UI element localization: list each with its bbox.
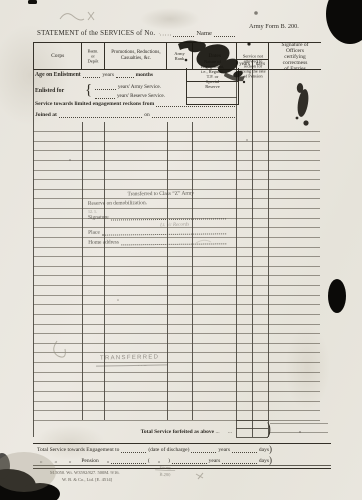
table-row-line: [33, 401, 320, 402]
column-rule: [82, 122, 83, 420]
engagement-total-line: Total Service towards Engagement to (dat…: [37, 447, 269, 453]
pension-years-word: years: [209, 458, 221, 464]
transferred-stamp: TRANSFERRED: [100, 354, 159, 361]
table-row-line: [33, 160, 320, 161]
summary-top-rule: [33, 443, 331, 444]
page-title: STATEMENT of the SERVICES of No.: [37, 29, 155, 37]
age-label: Age on Enlistment: [35, 72, 81, 78]
imprint-line1: M.5050. Wt. W3592/827. 500M. 9/16.: [50, 470, 150, 475]
z-signature-field: [111, 214, 226, 220]
nature-box-inner-rule: [187, 97, 237, 98]
table-row-line: [33, 304, 320, 305]
z-place-line: Place: [88, 228, 228, 235]
engagement-years-label: years: [218, 447, 230, 453]
reserve-service-line: years' Reserve Service.: [93, 93, 165, 99]
forms-stamp: Forms B.200: [145, 464, 186, 483]
engagement-days-field: [232, 448, 257, 453]
pension-years-field: [172, 459, 207, 464]
age-years-label: years: [102, 72, 114, 78]
pension-years-label: years: [237, 60, 252, 69]
corps-header-label: Corps: [51, 53, 64, 59]
signature-row-rule: [270, 432, 328, 433]
table-row-line: [33, 266, 320, 267]
table-row-line: [33, 381, 320, 382]
forfeited-line: Total Service forfeited as above ... ...: [120, 429, 232, 435]
number-dotted-line: [173, 32, 194, 37]
z-signature-line: Signature: [88, 213, 228, 220]
pension-line-bracket: ): [269, 455, 272, 465]
engagement-line-bracket: ): [269, 444, 272, 454]
name-dotted-line: [214, 32, 235, 37]
limited-engagement-field: [156, 102, 235, 107]
age-months-label: months: [136, 72, 153, 78]
date-of-discharge-label: (date of discharge): [148, 447, 189, 453]
forfeited-leader-dots: ... ...: [216, 429, 233, 435]
pension-days-field: [222, 459, 257, 464]
ditto-mark: „: [54, 458, 56, 464]
name-label: Name: [196, 30, 212, 37]
ditto-mark: „: [107, 458, 109, 464]
forfeited-label: Total Service forfeited as above: [141, 429, 214, 435]
title-line: STATEMENT of the SERVICES of No. ·, , , …: [37, 29, 237, 37]
table-row-line: [33, 362, 320, 363]
joined-at-line: Joined at on: [35, 112, 237, 118]
table-row-line: [33, 295, 320, 296]
pension-total-label: Pension: [81, 458, 98, 464]
cell-rule: [236, 428, 268, 429]
table-header-row: Corps Battn. or Depôt Promotions, Reduct…: [33, 42, 321, 70]
table-row-line: [33, 150, 320, 151]
table-row-line: [33, 324, 320, 325]
nature-of-engagement-box: Nature of Engagement, i.e., Regular, T.F…: [186, 68, 239, 105]
table-row-line: [33, 314, 320, 315]
ditto-mark: „: [69, 458, 71, 464]
forms-stamp-bottom: B.200: [155, 472, 175, 478]
joined-on-field: [152, 113, 235, 118]
z-signature-scrawl: Lt. i/c Records: [160, 222, 189, 228]
cell-rule: [236, 437, 268, 438]
z-place-field: [102, 229, 226, 235]
z-signature-label: Signature: [88, 215, 109, 221]
col-header-battn: Battn. or Depôt: [82, 43, 105, 69]
z-stamp-line2: Reserve on demobilization.: [88, 199, 234, 207]
table-left-border: [33, 42, 34, 437]
engagement-date-field: [121, 448, 146, 453]
col-header-army-rank: Army Rank: [167, 43, 193, 69]
table-row-line: [33, 170, 320, 171]
table-row-line: [33, 141, 320, 142]
table-row-line: [33, 410, 320, 411]
promotions-header-label: Promotions, Reductions, Casualties, &c.: [106, 50, 166, 63]
age-on-enlistment-line: Age on Enlistment years months: [35, 72, 153, 78]
table-row-line: [33, 420, 320, 421]
col-header-signature: Signature of Officers certifying correct…: [269, 43, 321, 69]
forfeited-bracket: ): [267, 419, 271, 439]
pension-date-field: [111, 459, 146, 464]
col-header-promotions: Promotions, Reductions, Casualties, &c.: [105, 43, 167, 69]
signature-row-rule: [270, 423, 328, 424]
scanned-document-page: Army Form B. 200. STATEMENT of the SERVI…: [0, 0, 362, 500]
battn-header-label: Battn. or Depôt: [88, 48, 99, 63]
limited-engagement-line: Service towards limited engagement recko…: [35, 101, 237, 107]
limited-engagement-label: Service towards limited engagement recko…: [35, 101, 154, 107]
table-row-line: [33, 189, 320, 190]
table-row-line: [33, 247, 320, 248]
pension-paren-close: ): [168, 458, 170, 464]
engagement-total-label: Total Service towards Engagement to: [37, 447, 119, 453]
pension-paren-open: (: [148, 458, 150, 464]
service-number-scrawl: ·, , , , ,: [158, 32, 171, 37]
transferred-stamp-sub: · · –: [138, 364, 146, 369]
reserve-service-field: [95, 94, 115, 99]
army-service-field: [95, 85, 116, 90]
table-row-line: [33, 343, 320, 344]
ditto-mark: „: [158, 458, 160, 464]
z-stamp-line1: Transferred to Class “Z” Army: [88, 190, 234, 198]
age-years-field: [83, 73, 101, 78]
table-row-line: [33, 372, 320, 373]
column-rule: [104, 122, 105, 420]
army-rank-header-label: Army Rank: [174, 51, 187, 61]
table-row-line: [33, 333, 320, 334]
table-row-line: [33, 256, 320, 257]
nature-of-engagement-label: Nature of Engagement, i.e., Regular, T.F…: [200, 59, 226, 89]
enlisted-for-brace: {: [85, 82, 92, 99]
dates-header-label: Dates: [208, 53, 221, 59]
reserve-service-label: years' Reserve Service.: [117, 93, 165, 99]
printer-imprint: M.5050. Wt. W3592/827. 500M. 9/16. W. B.…: [50, 470, 230, 487]
joined-at-label: Joined at: [35, 112, 57, 118]
army-service-label: years' Army Service.: [118, 84, 161, 90]
table-row-line: [33, 285, 320, 286]
table-row-line: [33, 179, 320, 180]
table-row-line: [33, 352, 320, 353]
pension-total-line: „ „ „ Pension „ ( „ ) years days: [40, 458, 269, 464]
forms-stamp-top: Forms: [155, 465, 175, 471]
army-service-line: years' Army Service.: [93, 84, 161, 90]
pension-days-word: days: [259, 458, 269, 464]
engagement-years-field: [191, 448, 216, 453]
column-rule: [167, 122, 168, 420]
z-place-label: Place: [88, 230, 100, 236]
joined-on-label: on: [144, 112, 150, 118]
table-row-line: [33, 131, 320, 132]
joined-at-field: [59, 113, 142, 118]
z-home-address-label: Home address: [88, 239, 119, 245]
enlisted-for-label: Enlisted for: [35, 88, 64, 94]
col-header-pension: Service not allowed to reckon for fixing…: [237, 43, 269, 69]
form-number: Army Form B. 200.: [249, 23, 299, 30]
table-row-line: [33, 275, 320, 276]
cell-rule: [236, 420, 268, 421]
table-row-line: [33, 391, 320, 392]
class-z-stamp: Transferred to Class “Z” Army Reserve on…: [88, 190, 235, 246]
ditto-mark: „: [40, 458, 42, 464]
col-header-corps: Corps: [34, 43, 82, 69]
age-months-field: [116, 73, 134, 78]
engagement-days-label: days: [259, 447, 269, 453]
pension-days-label: days: [252, 60, 268, 69]
signature-header-label: Signature of Officers certifying correct…: [281, 41, 310, 71]
column-rule: [192, 122, 193, 420]
